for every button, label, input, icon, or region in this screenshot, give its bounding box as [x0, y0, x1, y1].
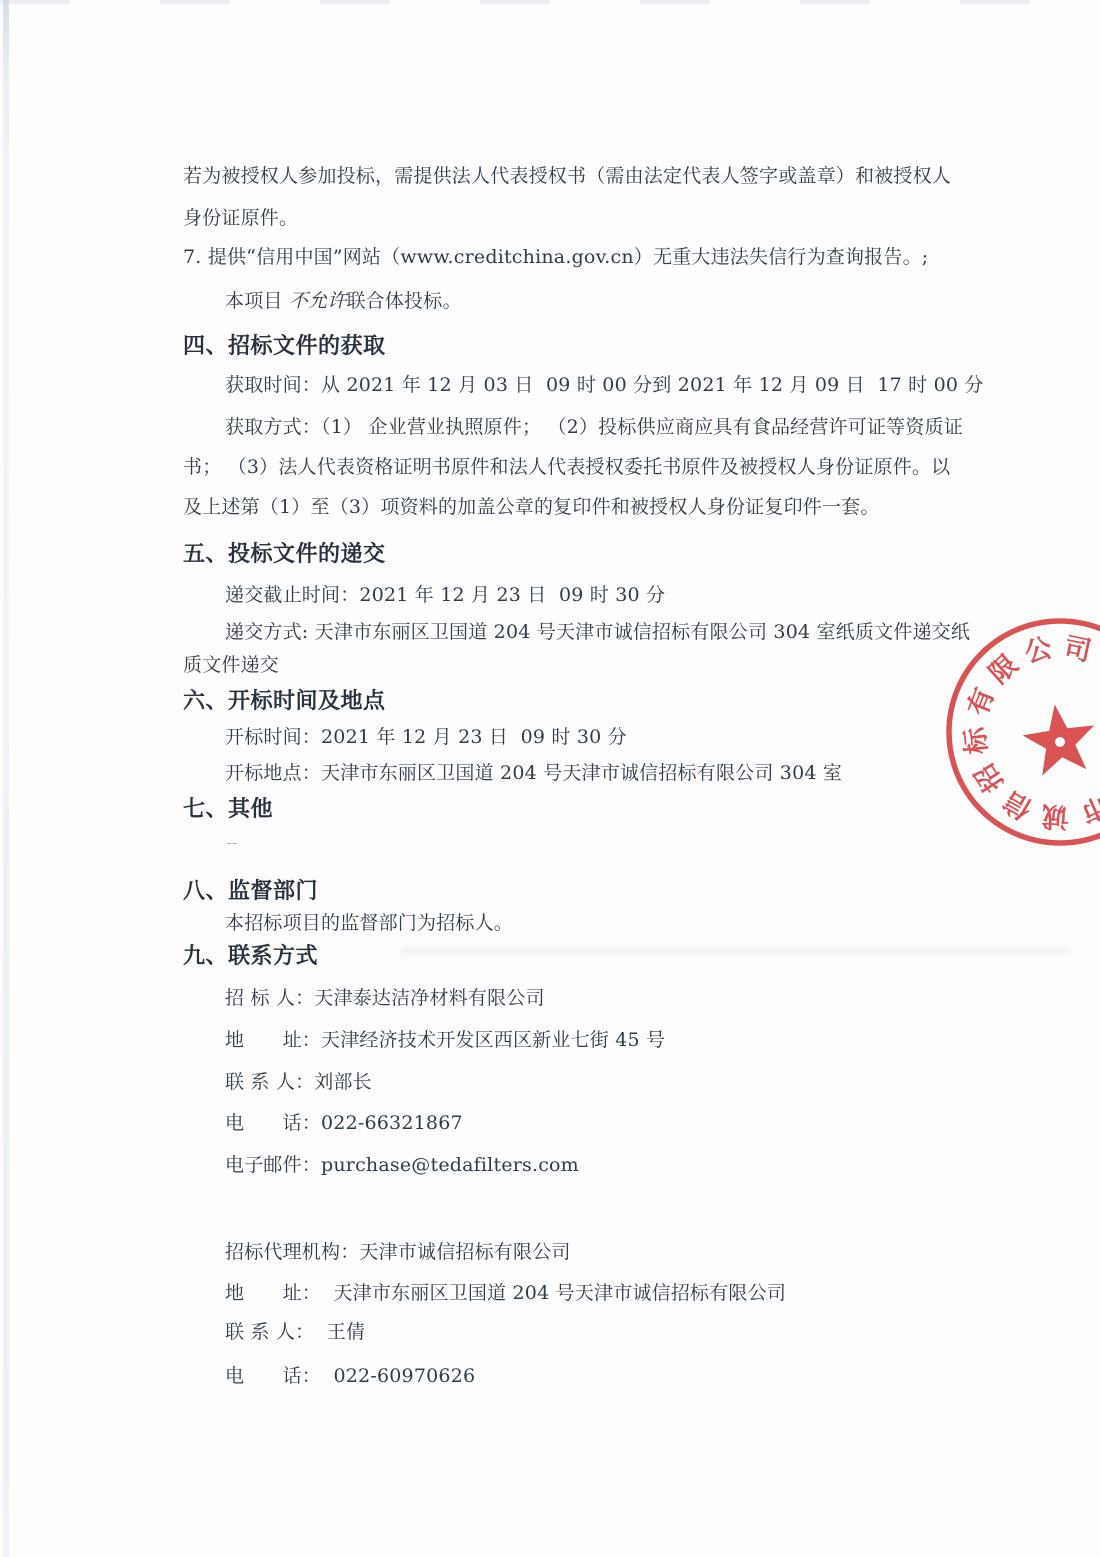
section-7-heading: 七、其他 [183, 794, 273, 824]
section-5-line-2: 递交方式: 天津市东丽区卫国道 204 号天津市诚信招标有限公司 304 室纸质… [225, 619, 970, 645]
svg-text:招: 招 [968, 758, 1010, 798]
tenderer-address-line: 地 址：天津经济技术开发区西区新业七街 45 号 [225, 1027, 665, 1053]
section-4-line-3: 书； （3）法人代表资格证明书原件和法人代表授权委托书原件及被授权人身份证原件。… [183, 454, 950, 480]
tenderer-phone-line: 电 话：022-66321867 [225, 1110, 463, 1136]
svg-text:有: 有 [962, 684, 1001, 720]
agency-name-line: 招标代理机构：天津市诚信招标有限公司 [225, 1239, 571, 1265]
section-6-heading: 六、开标时间及地点 [183, 686, 386, 716]
intro-line-1: 若为被授权人参加投标，需提供法人代表授权书（需由法定代表人签字或盖章）和被授权人 [183, 163, 951, 189]
svg-text:诚: 诚 [1041, 800, 1070, 832]
section-5-heading: 五、投标文件的递交 [183, 539, 386, 569]
agency-address-line: 地 址： 天津市东丽区卫国道 204 号天津市诚信招标有限公司 [225, 1280, 786, 1306]
section-6-line-1: 开标时间：2021 年 12 月 23 日 09 时 30 分 [225, 724, 627, 750]
tenderer-contact-line: 联 系 人：刘部长 [225, 1069, 372, 1095]
seal-star-center-dot [1055, 737, 1065, 747]
svg-text:限: 限 [983, 649, 1024, 690]
scan-edge-left [3, 0, 9, 1557]
intro-line-2: 身份证原件。 [183, 205, 298, 231]
section-8-heading: 八、监督部门 [183, 876, 318, 906]
tenderer-name-line: 招 标 人：天津泰达洁净材料有限公司 [225, 985, 545, 1011]
svg-text:信: 信 [998, 785, 1037, 826]
scan-edge-top [0, 0, 1100, 4]
section-6-line-2: 开标地点：天津市东丽区卫国道 204 号天津市诚信招标有限公司 304 室 [225, 760, 842, 786]
company-seal-stamp: 天津市诚信招标有限公司 [926, 592, 1100, 882]
section-4-line-1: 获取时间：从 2021 年 12 月 03 日 09 时 00 分到 2021 … [225, 372, 984, 398]
svg-text:公: 公 [1021, 632, 1055, 669]
intro-line-3: 7. 提供“信用中国”网站（www.creditchina.gov.cn）无重大… [183, 244, 928, 270]
tenderer-email-line: 电子邮件：purchase@tedafilters.com [225, 1152, 579, 1178]
svg-text:标: 标 [960, 725, 994, 757]
section-4-line-2: 获取方式：（1） 企业营业执照原件； （2）投标供应商应具有食品经营许可证等资质… [225, 414, 963, 440]
intro-line-4-post: 联合体投标。 [346, 290, 461, 312]
section-4-heading: 四、招标文件的获取 [183, 331, 386, 361]
section-5-line-3: 质文件递交 [183, 652, 279, 678]
scan-smudge [400, 948, 1070, 954]
agency-phone-line: 电 话： 022-60970626 [225, 1363, 475, 1389]
intro-line-4: 本项目 不允许联合体投标。 [225, 288, 462, 314]
section-4-line-4: 及上述第（1）至（3）项资料的加盖公章的复印件和被授权人身份证复印件一套。 [183, 494, 880, 520]
section-7-placeholder-dash: -- [227, 837, 238, 851]
intro-line-4-pre: 本项目 [225, 290, 289, 312]
section-5-line-1: 递交截止时间：2021 年 12 月 23 日 09 时 30 分 [225, 582, 665, 608]
intro-line-4-italic: 不允许 [289, 290, 347, 312]
section-8-line-1: 本招标项目的监督部门为招标人。 [225, 910, 513, 936]
svg-text:司: 司 [1061, 632, 1094, 668]
agency-contact-line: 联 系 人： 王倩 [225, 1319, 365, 1345]
section-9-heading: 九、联系方式 [183, 941, 318, 971]
svg-text:市: 市 [1076, 789, 1100, 828]
document-page: 若为被授权人参加投标，需提供法人代表授权书（需由法定代表人签字或盖章）和被授权人… [0, 0, 1100, 1557]
